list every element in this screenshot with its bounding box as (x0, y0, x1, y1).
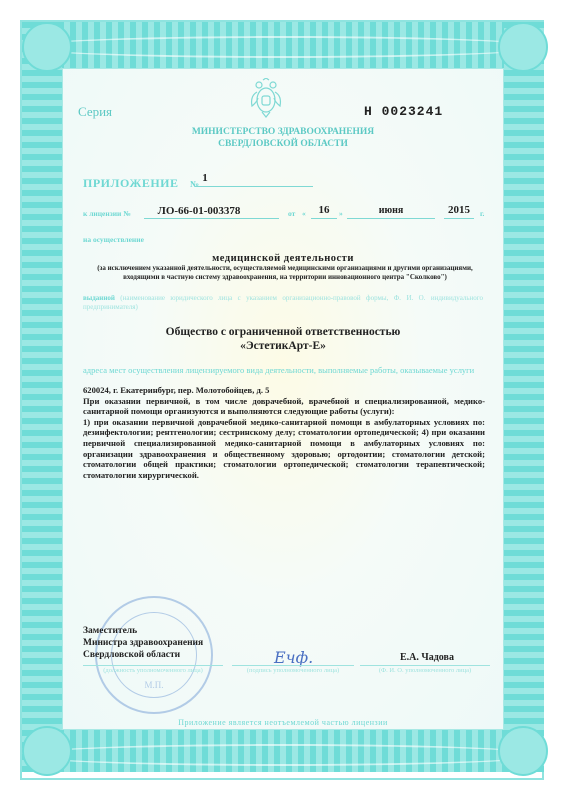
ministry-title-line1: МИНИСТЕРСТВО ЗДРАВООХРАНЕНИЯ (0, 126, 566, 138)
license-year: 2015 (442, 204, 476, 216)
name-line (360, 665, 490, 666)
signer-name: Е.А. Чадова (400, 652, 454, 663)
year-suffix: г. (480, 209, 484, 218)
license-number: ЛО-66-01-003378 (144, 205, 254, 217)
ornamental-border-top (22, 22, 544, 68)
stamp-text: М.П. (97, 680, 211, 690)
organization-name-line2: «ЭстетикАрт-Е» (0, 339, 566, 353)
issued-hint: (наименование юридического лица с указан… (83, 294, 483, 311)
corner-ornament-icon (498, 726, 548, 776)
license-month: июня (347, 205, 435, 216)
corner-ornament-icon (22, 726, 72, 776)
double-headed-eagle-icon (248, 78, 284, 118)
ornamental-border-bottom (22, 730, 544, 772)
appendix-title: ПРИЛОЖЕНИЕ (83, 176, 179, 190)
quote-close: » (339, 209, 343, 218)
corner-ornament-icon (498, 22, 548, 72)
position-line (83, 665, 223, 666)
services-detail: 1) при оказании первичной доврачебной ме… (83, 417, 485, 481)
activity-title: медицинской деятельности (0, 253, 566, 264)
quote-open: « (302, 209, 306, 218)
position-caption: (должность уполномоченного лица) (83, 667, 223, 674)
series-number: Н 0023241 (364, 104, 443, 119)
issued-to-label: выданной (наименование юридического лица… (83, 294, 483, 312)
activity-exclusion: (за исключением указанной деятельности, … (90, 264, 480, 282)
name-caption: (Ф. И. О. уполномоченного лица) (360, 667, 490, 674)
appendix-number: 1 (195, 172, 215, 184)
license-day: 16 (311, 204, 337, 216)
signer-line2: Министра здравоохранения (83, 637, 203, 649)
activity-label: на осуществление (83, 235, 144, 244)
footer-note: Приложение является неотъемлемой частью … (0, 718, 566, 727)
appendix-number-line (195, 186, 313, 187)
signer-line1: Заместитель (83, 625, 203, 637)
license-label: к лицензии № (83, 209, 131, 218)
license-number-line (144, 218, 279, 219)
month-line (347, 218, 435, 219)
year-line (444, 218, 474, 219)
address-line: 620024, г. Екатеринбург, пер. Молотобойц… (83, 385, 485, 396)
corner-ornament-icon (22, 22, 72, 72)
signer-position: Заместитель Министра здравоохранения Све… (83, 625, 203, 661)
series-label: Серия (78, 104, 112, 120)
organization-name-line1: Общество с ограниченной ответственностью (0, 325, 566, 339)
services-intro: При оказании первичной, в том числе довр… (83, 396, 485, 417)
ministry-title-line2: СВЕРДЛОВСКОЙ ОБЛАСТИ (0, 138, 566, 150)
services-block: 620024, г. Екатеринбург, пер. Молотобойц… (83, 385, 485, 480)
issued-label: выданной (83, 294, 115, 302)
signer-line3: Свердловской области (83, 649, 203, 661)
signature-line (232, 665, 354, 666)
day-line (311, 218, 337, 219)
appendix-label: ПРИЛОЖЕНИЕ № (83, 176, 200, 191)
signature-caption: (подпись уполномоченного лица) (232, 667, 354, 674)
address-label: адреса мест осуществления лицензируемого… (83, 366, 483, 375)
license-from-label: от (288, 209, 295, 218)
